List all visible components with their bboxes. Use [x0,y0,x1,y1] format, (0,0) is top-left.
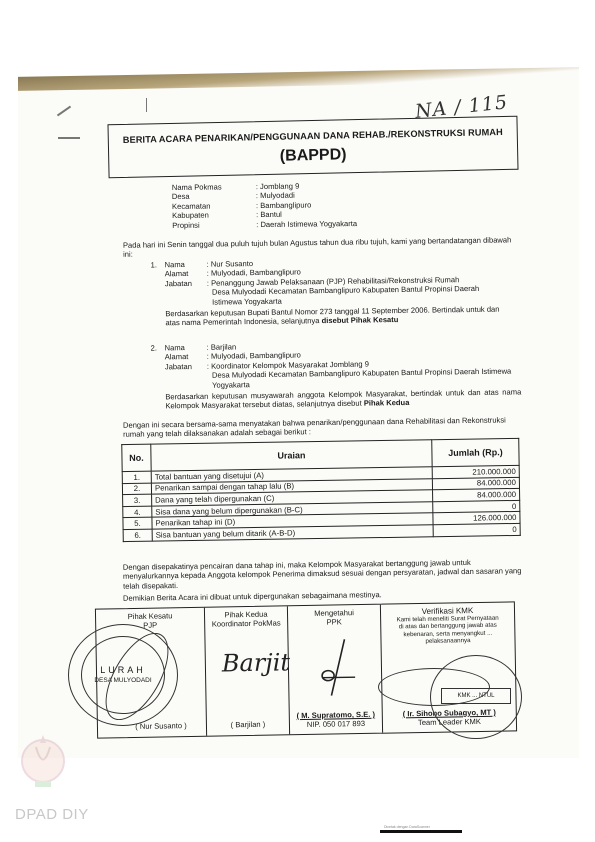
watermark: DPAD DIY [15,806,89,823]
footer-bar [380,830,462,833]
closing-paragraph: Dengan disepakatinya pencairan dana taha… [123,557,523,591]
id-value: : Bantul [256,210,282,220]
id-value: : Mulyodadi [256,191,295,201]
party-number: 1. [151,260,165,270]
id-value: : Daerah Istimewa Yogyakarta [256,219,357,229]
id-value: : Bambanglipuro [256,200,311,210]
sig-nip: NIP. 050 017 893 [290,719,382,730]
party-two: 2.Nama: Barjilan Alamat: Mulyodadi, Bamb… [151,338,522,411]
footer-scanner-text: Dicetak dengan DaraScanner [384,825,430,829]
signature-ppk: Mengetahui PPK ( M. Supratomo, S.E. ) NI… [288,605,383,735]
sig-name: ( Barjilan ) [207,719,289,729]
document-title-box: BERITA ACARA PENARIKAN/PENGGUNAAN DANA R… [107,116,518,179]
handwritten-signature: Barjit [222,658,290,668]
row-amount: 0 [433,523,520,536]
party-position-cont: Desa Mulyodadi Kecamatan Bambanglipuro K… [207,284,506,307]
yogyakarta-emblem-icon [18,727,68,793]
row-no: 6. [123,529,152,541]
document-acronym: (BAPPD) [109,143,517,170]
pen-mark [146,98,147,112]
id-label: Propinsi [172,220,256,230]
party-position-cont: Desa Mulyodadi Kecamatan Bambanglipuro K… [207,367,521,390]
signature-mark-icon [316,637,357,698]
field-label: Jabatan [165,362,207,372]
party-designation: Pihak Kedua [364,398,410,408]
signature-party-two: Pihak Kedua Koordinator PokMas Barjit ( … [205,606,290,735]
signature-loop [378,668,490,706]
document-title: BERITA ACARA PENARIKAN/PENGGUNAAN DANA R… [109,127,517,146]
sig-subtitle: PPK [288,617,380,628]
party-one: 1.Nama: Nur Susanto Alamat: Mulyodadi, B… [151,256,507,329]
party-number: 2. [151,343,165,353]
pen-mark [58,137,80,139]
fund-table: No. Uraian Jumlah (Rp.) 1.Total bantuan … [121,438,520,542]
row-no: 1. [122,471,151,483]
col-no: No. [122,444,151,471]
verification-text: Kami telah meneliti Surat Pernyataan di … [381,614,514,646]
id-value: : Jomblang 9 [256,182,300,192]
row-no: 4. [123,506,152,518]
row-no: 3. [123,494,152,506]
field-label: Alamat [165,352,207,362]
party-designation: disebut Pihak Kesatu [322,315,399,325]
col-amount: Jumlah (Rp.) [432,438,519,466]
row-no: 5. [123,518,152,530]
row-no: 2. [122,483,151,495]
sig-subtitle: Koordinator PokMas [205,618,287,628]
pokmas-identity: Nama Pokmas: Jomblang 9 Desa: Mulyodadi … [172,181,357,230]
